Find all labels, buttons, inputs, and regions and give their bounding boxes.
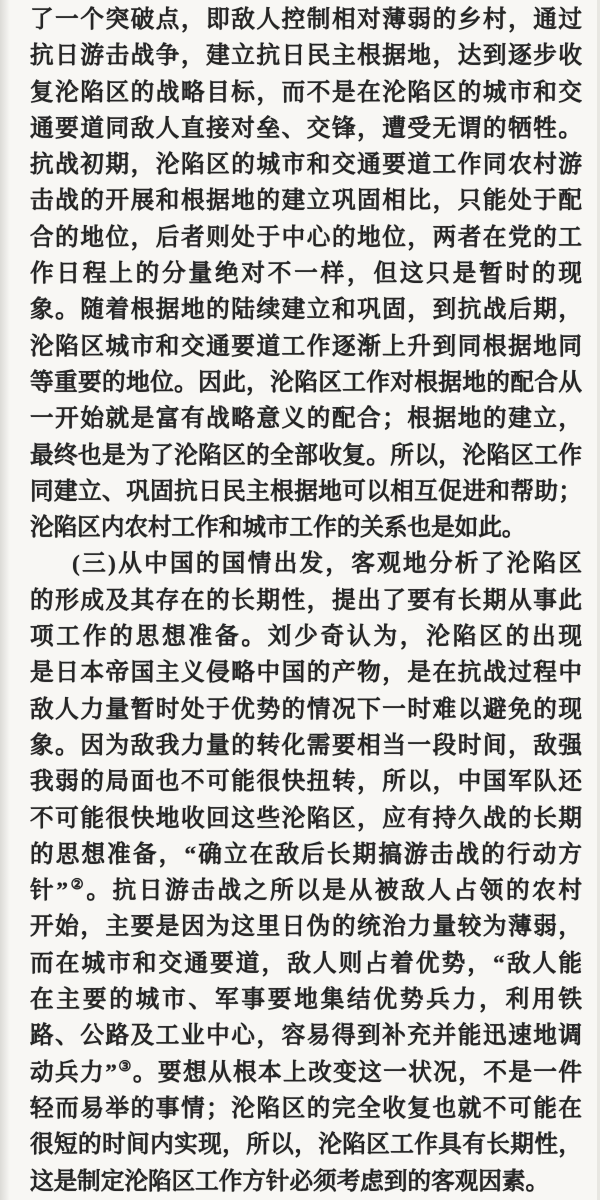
- text-line: 轻而易举的事情；沦陷区的完全收复也就不可能在: [30, 1091, 582, 1127]
- text-line: 等重要的地位。因此，沦陷区工作对根据地的配合从: [30, 365, 582, 401]
- text-line-paragraph-start: (三)从中国的国情出发，客观地分析了沦陷区: [30, 546, 582, 582]
- text-line: 项工作的思想准备。刘少奇认为，沦陷区的出现: [30, 619, 582, 655]
- text-line-paragraph-end: 这是制定沦陷区工作方针必须考虑到的客观因素。: [30, 1164, 582, 1200]
- text-line-with-footnote: 动兵力”③。要想从根本上改变这一状况，不是一件: [30, 1055, 582, 1091]
- text-line: 象。因为敌我力量的转化需要相当一段时间，敌强: [30, 728, 582, 764]
- text-line: 合的地位，后者则处于中心的地位，两者在党的工: [30, 220, 582, 256]
- text-line-paragraph-end: 沦陷区内农村工作和城市工作的关系也是如此。: [30, 510, 582, 546]
- footnote-marker: ③: [117, 1059, 133, 1075]
- text-line: 通要道同敌人直接对垒、交锋，遭受无谓的牺牲。: [30, 111, 582, 147]
- text-line: 作日程上的分量绝对不一样，但这只是暂时的现: [30, 256, 582, 292]
- text-line: 在主要的城市、军事要地集结优势兵力，利用铁: [30, 982, 582, 1018]
- text-line: 击战的开展和根据地的建立巩固相比，只能处于配: [30, 183, 582, 219]
- text-line: 的思想准备，“确立在敌后长期搞游击战的行动方: [30, 837, 582, 873]
- text-line: 沦陷区城市和交通要道工作逐渐上升到同根据地同: [30, 329, 582, 365]
- text-line-with-footnote: 针”②。抗日游击战之所以是从被敌人占领的农村: [30, 873, 582, 909]
- text-line: 了一个突破点，即敌人控制相对薄弱的乡村，通过: [30, 2, 582, 38]
- document-page: 了一个突破点，即敌人控制相对薄弱的乡村，通过 抗日游击战争，建立抗日民主根据地，…: [0, 0, 600, 1200]
- text-line: 敌人力量暂时处于优势的情况下一时难以避免的现: [30, 692, 582, 728]
- text-line: 抗日游击战争，建立抗日民主根据地，达到逐步收: [30, 38, 582, 74]
- text-line: 很短的时间内实现，所以，沦陷区工作具有长期性，: [30, 1127, 582, 1163]
- text-line: 最终也是为了沦陷区的全部收复。所以，沦陷区工作: [30, 438, 582, 474]
- text-line: 象。随着根据地的陆续建立和巩固，到抗战后期，: [30, 292, 582, 328]
- text-line: 我弱的局面也不可能很快扭转，所以，中国军队还: [30, 764, 582, 800]
- text-line: 不可能很快地收回这些沦陷区，应有持久战的长期: [30, 801, 582, 837]
- text-line: 一开始就是富有战略意义的配合；根据地的建立，: [30, 401, 582, 437]
- footnote-marker: ②: [68, 877, 86, 893]
- body-text: 了一个突破点，即敌人控制相对薄弱的乡村，通过 抗日游击战争，建立抗日民主根据地，…: [30, 2, 582, 1200]
- text-line: 复沦陷区的战略目标，而不是在沦陷区的城市和交: [30, 75, 582, 111]
- text-line: 而在城市和交通要道，敌人则占着优势，“敌人能: [30, 946, 582, 982]
- text-line: 是日本帝国主义侵略中国的产物，是在抗战过程中: [30, 655, 582, 691]
- text-line: 的形成及其存在的长期性，提出了要有长期从事此: [30, 583, 582, 619]
- text-line: 开始，主要是因为这里日伪的统治力量较为薄弱，: [30, 909, 582, 945]
- text-line: 同建立、巩固抗日民主根据地可以相互促进和帮助；: [30, 474, 582, 510]
- text-line: 路、公路及工业中心，容易得到补充并能迅速地调: [30, 1018, 582, 1054]
- text-line: 抗战初期，沦陷区的城市和交通要道工作同农村游: [30, 147, 582, 183]
